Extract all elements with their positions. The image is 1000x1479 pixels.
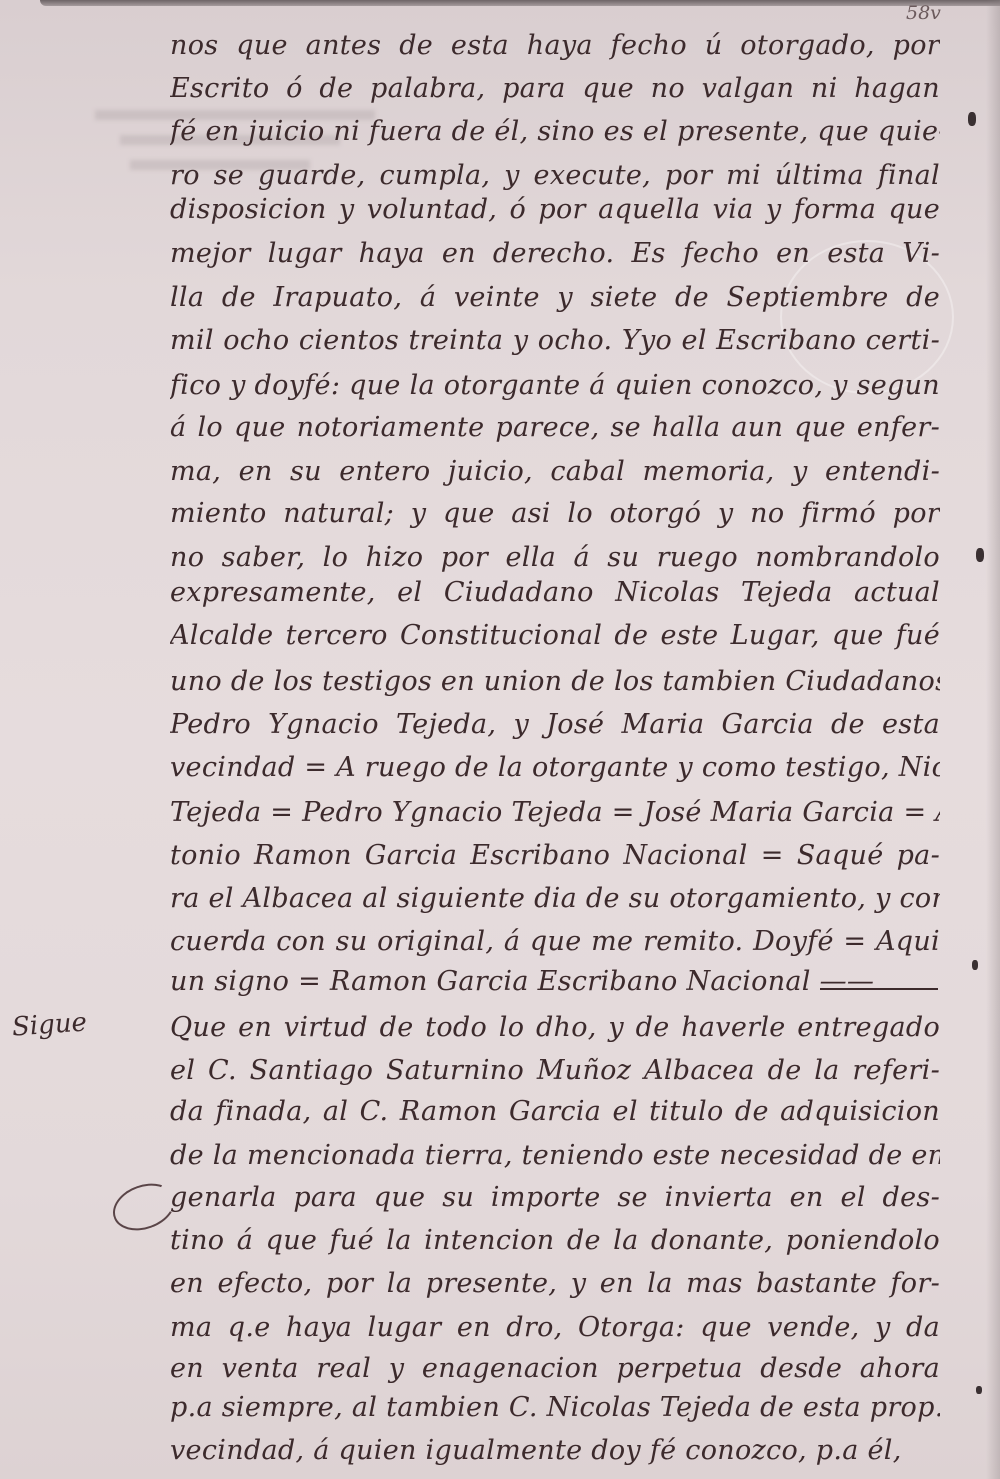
text-line: á lo que notoriamente parece, se halla a… (170, 412, 940, 444)
page-right-edge-shadow (986, 0, 1000, 1479)
binding-hole (976, 548, 984, 562)
folio-number: 58v (906, 2, 941, 24)
text-line: disposicion y voluntad, ó por aquella vi… (170, 194, 940, 226)
text-line: tino á que fué la intencion de la donant… (170, 1225, 940, 1257)
manuscript-page: 58v Sigue nos que antes de esta haya fec… (0, 0, 1000, 1479)
text-line: el C. Santiago Saturnino Muñoz Albacea d… (170, 1055, 940, 1087)
text-line: ro se guarde, cumpla, y execute, por mi … (170, 160, 940, 192)
text-line: fé en juicio ni fuera de él, sino es el … (170, 116, 940, 148)
text-line: ma q.e haya lugar en dro, Otorga: que ve… (170, 1312, 940, 1344)
text-line: nos que antes de esta haya fecho ú otorg… (170, 30, 940, 62)
text-line: miento natural; y que asi lo otorgó y no… (170, 498, 940, 530)
text-line: Escrito ó de palabra, para que no valgan… (170, 73, 940, 105)
text-line: en venta real y enagenacion perpetua des… (170, 1353, 940, 1385)
text-line: expresamente, el Ciudadano Nicolas Tejed… (170, 577, 940, 609)
text-line: genarla para que su importe se invierta … (170, 1182, 940, 1214)
text-line: cuerda con su original, á que me remito.… (170, 926, 940, 958)
text-line: Que en virtud de todo lo dho, y de haver… (170, 1012, 940, 1044)
text-line: un signo = Ramon Garcia Escribano Nacion… (170, 966, 940, 998)
page-top-edge (40, 0, 1000, 6)
margin-note: Sigue (11, 1007, 88, 1042)
text-line: ra el Albacea al siguiente dia de su oto… (170, 883, 940, 915)
text-line: da finada, al C. Ramon Garcia el titulo … (170, 1096, 940, 1128)
text-line: mil ocho cientos treinta y ocho. Yyo el … (170, 325, 940, 357)
text-line: fico y doyfé: que la otorgante á quien c… (170, 370, 940, 402)
text-line: lla de Irapuato, á veinte y siete de Sep… (170, 282, 940, 314)
text-line: ma, en su entero juicio, cabal memoria, … (170, 456, 940, 488)
text-line: Tejeda = Pedro Ygnacio Tejeda = José Mar… (170, 797, 940, 829)
text-line: no saber, lo hizo por ella á su ruego no… (170, 542, 940, 574)
text-line: en efecto, por la presente, y en la mas … (170, 1268, 940, 1300)
text-line: mejor lugar haya en derecho. Es fecho en… (170, 238, 940, 270)
text-line: uno de los testigos en union de los tamb… (170, 666, 940, 698)
binding-hole (972, 960, 978, 970)
text-line: vecindad = A ruego de la otorgante y com… (170, 752, 940, 784)
text-line: Alcalde tercero Constitucional de este L… (170, 620, 940, 652)
text-line: Pedro Ygnacio Tejeda, y José Maria Garci… (170, 709, 940, 741)
text-line: p.a siempre, al tambien C. Nicolas Tejed… (170, 1392, 940, 1424)
text-line: de la mencionada tierra, teniendo este n… (170, 1140, 940, 1172)
binding-hole (968, 112, 976, 126)
binding-hole (976, 1386, 982, 1394)
text-line: tonio Ramon Garcia Escribano Nacional = … (170, 840, 940, 872)
text-line: vecindad, á quien igualmente doy fé cono… (170, 1435, 940, 1467)
